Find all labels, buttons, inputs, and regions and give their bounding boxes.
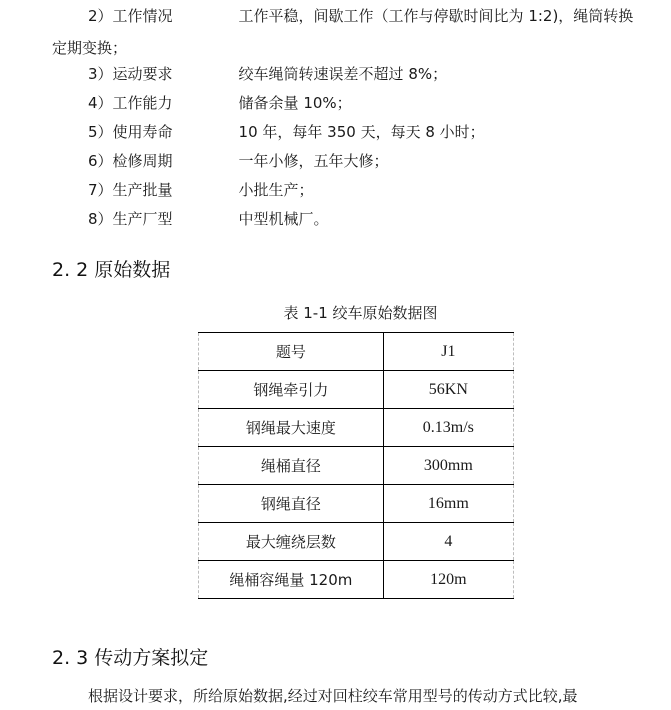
item-number: 8） — [88, 209, 113, 229]
table-cell-param: 最大缠绕层数 — [199, 523, 384, 561]
table-row: 最大缠绕层数 4 — [199, 523, 514, 561]
item-value: 工作平稳，间歇工作（工作与停歇时间比为 1:2)，绳筒转换 — [239, 6, 634, 26]
item-number: 3） — [88, 64, 113, 84]
section-2-3-paragraph: 根据设计要求，所给原始数据,经过对回柱绞车常用型号的传动方式比较,最 — [88, 686, 578, 706]
requirement-item-7: 7）生产批量小批生产； — [88, 180, 314, 200]
table-cell-param: 绳桶容绳量 120m — [199, 561, 384, 599]
table-caption-text: 表 1-1 绞车原始数据图 — [283, 303, 437, 323]
requirement-item-4: 4）工作能力储备余量 10%； — [88, 93, 352, 113]
table-row: 题号 J1 — [199, 333, 514, 371]
table-cell-param: 绳桶直径 — [199, 447, 384, 485]
requirement-item-2-continuation: 定期变换； — [52, 38, 127, 58]
item-label: 使用寿命 — [113, 122, 239, 142]
item-number: 2） — [88, 6, 113, 26]
item-value: 绞车绳筒转速误差不超过 8%； — [239, 64, 448, 84]
table-cell-value: 0.13m/s — [383, 409, 513, 447]
item-label: 生产厂型 — [113, 209, 239, 229]
requirement-item-5: 5）使用寿命10 年，每年 350 天，每天 8 小时； — [88, 122, 485, 142]
item-label: 工作情况 — [113, 6, 239, 26]
table-cell-value: J1 — [383, 333, 513, 371]
table-row: 绳桶直径 300mm — [199, 447, 514, 485]
table-row: 钢绳牵引力 56KN — [199, 371, 514, 409]
raw-data-table: 题号 J1 钢绳牵引力 56KN 钢绳最大速度 0.13m/s 绳桶直径 300… — [198, 332, 514, 599]
item-number: 5） — [88, 122, 113, 142]
item-number: 6） — [88, 151, 113, 171]
item-value: 10 年，每年 350 天，每天 8 小时； — [239, 122, 485, 142]
table-cell-param: 钢绳牵引力 — [199, 371, 384, 409]
table-caption: 表 1-1 绞车原始数据图 — [0, 303, 671, 323]
item-value: 中型机械厂。 — [239, 209, 329, 229]
item-number: 4） — [88, 93, 113, 113]
table-cell-value: 4 — [383, 523, 513, 561]
table-cell-value: 56KN — [383, 371, 513, 409]
item-value: 一年小修，五年大修； — [239, 151, 389, 171]
table-cell-param: 钢绳直径 — [199, 485, 384, 523]
item-number: 7） — [88, 180, 113, 200]
table-cell-param: 钢绳最大速度 — [199, 409, 384, 447]
table-cell-param: 题号 — [199, 333, 384, 371]
item-label: 检修周期 — [113, 151, 239, 171]
table-cell-value: 120m — [383, 561, 513, 599]
item-label: 运动要求 — [113, 64, 239, 84]
table-row: 钢绳直径 16mm — [199, 485, 514, 523]
item-label: 生产批量 — [113, 180, 239, 200]
requirement-item-8: 8）生产厂型中型机械厂。 — [88, 209, 329, 229]
requirement-item-2: 2）工作情况工作平稳，间歇工作（工作与停歇时间比为 1:2)，绳筒转换 — [88, 6, 633, 26]
item-value: 小批生产； — [239, 180, 314, 200]
section-heading-2-3: 2. 3 传动方案拟定 — [52, 646, 208, 670]
item-value: 储备余量 10%； — [239, 93, 352, 113]
item-label: 工作能力 — [113, 93, 239, 113]
requirement-item-3: 3）运动要求绞车绳筒转速误差不超过 8%； — [88, 64, 447, 84]
table-row: 钢绳最大速度 0.13m/s — [199, 409, 514, 447]
table-row: 绳桶容绳量 120m 120m — [199, 561, 514, 599]
table-cell-value: 16mm — [383, 485, 513, 523]
requirement-item-6: 6）检修周期一年小修，五年大修； — [88, 151, 389, 171]
section-heading-2-2: 2. 2 原始数据 — [52, 258, 170, 282]
table-cell-value: 300mm — [383, 447, 513, 485]
